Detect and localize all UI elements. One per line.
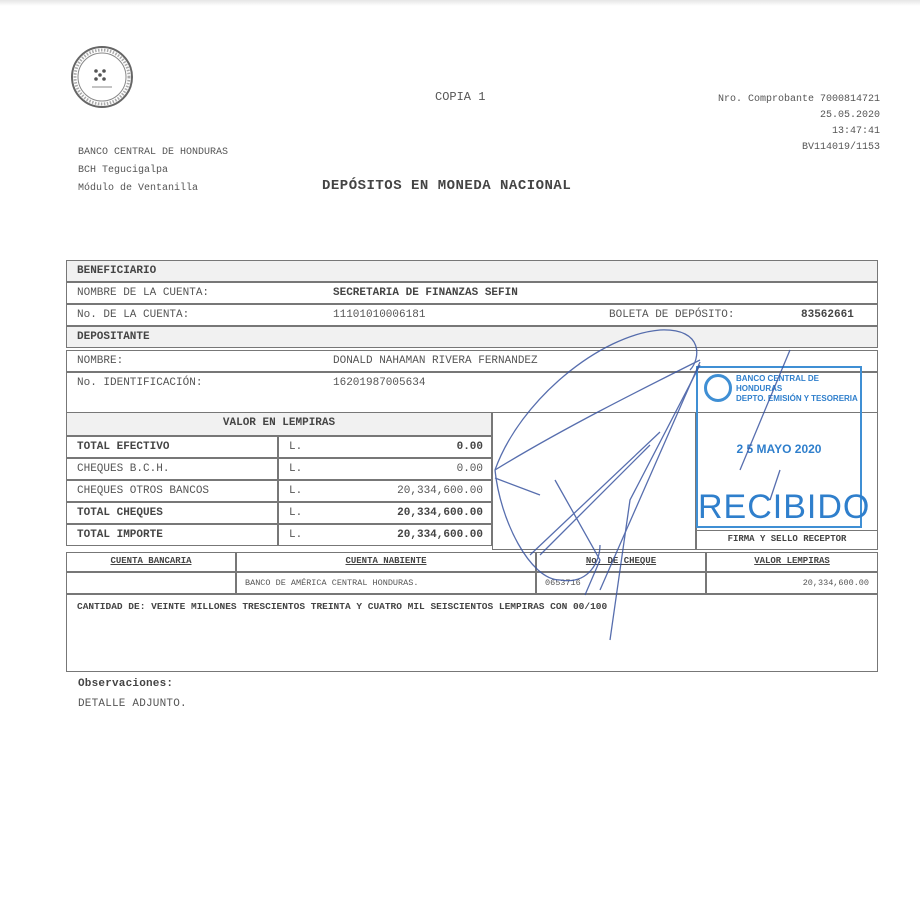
field-label: No. DE LA CUENTA: — [77, 309, 189, 321]
currency-symbol: L. — [289, 529, 302, 541]
bank-module: Módulo de Ventanilla — [78, 180, 228, 198]
cheque-cell — [66, 572, 236, 594]
values-row-label-cell: TOTAL EFECTIVO — [66, 436, 278, 458]
observaciones-label: Observaciones: — [78, 678, 173, 690]
cheque-column-header: CUENTA BANCARIA — [66, 552, 236, 572]
values-row-amount-cell: L.20,334,600.00 — [278, 524, 492, 546]
values-row-label: CHEQUES OTROS BANCOS — [77, 485, 209, 497]
receipt-number-label: Nro. Comprobante — [718, 94, 814, 105]
account-name-row: NOMBRE DE LA CUENTA: SECRETARIA DE FINAN… — [66, 282, 878, 304]
values-row-amount-cell: L.20,334,600.00 — [278, 480, 492, 502]
signature-area — [492, 412, 696, 550]
currency-symbol: L. — [289, 441, 302, 453]
values-row-amount: 0.00 — [457, 463, 483, 475]
values-row-amount: 20,334,600.00 — [397, 507, 483, 519]
cheque-column-label: CUENTA BANCARIA — [67, 556, 235, 566]
cheque-column-label: CUENTA NABIENTE — [237, 556, 535, 566]
deposit-slip-number: 83562661 — [801, 309, 854, 321]
cheque-valor: 20,334,600.00 — [803, 578, 869, 588]
cheque-cuenta-nabiente: BANCO DE AMÉRICA CENTRAL HONDURAS. — [245, 578, 418, 588]
values-row-label: TOTAL IMPORTE — [77, 529, 163, 541]
section-label: BENEFICIARIO — [77, 265, 156, 277]
receipt-number-line: Nro. Comprobante 7000814721 — [718, 92, 880, 108]
field-label: NOMBRE DE LA CUENTA: — [77, 287, 209, 299]
stamp-header: BANCO CENTRAL DE HONDURAS DEPTO. EMISIÓN… — [736, 374, 860, 404]
account-name: SECRETARIA DE FINANZAS SEFIN — [333, 287, 518, 299]
copy-label: COPIA 1 — [435, 90, 485, 104]
receipt-date: 25.05.2020 — [718, 108, 880, 124]
values-row-label-cell: CHEQUES B.C.H. — [66, 458, 278, 480]
receipt-number: 7000814721 — [820, 94, 880, 105]
receipt-meta: Nro. Comprobante 7000814721 25.05.2020 1… — [718, 92, 880, 156]
stamp-caption: FIRMA Y SELLO RECEPTOR — [697, 534, 877, 544]
cheque-cell: 20,334,600.00 — [706, 572, 878, 594]
values-row-label-cell: TOTAL CHEQUES — [66, 502, 278, 524]
values-row-amount-cell: L.0.00 — [278, 458, 492, 480]
values-row-amount: 20,334,600.00 — [397, 485, 483, 497]
bank-info: BANCO CENTRAL DE HONDURAS BCH Tegucigalp… — [78, 144, 228, 198]
bank-branch: BCH Tegucigalpa — [78, 162, 228, 180]
stamp-header-line2: DEPTO. EMISIÓN Y TESORERIA — [736, 394, 860, 404]
values-header-label: VALOR EN LEMPIRAS — [67, 417, 491, 429]
bank-name: BANCO CENTRAL DE HONDURAS — [78, 144, 228, 162]
beneficiario-header: BENEFICIARIO — [66, 260, 878, 282]
deposit-slip-label: BOLETA DE DEPÓSITO: — [609, 309, 734, 321]
depositor-id: 16201987005634 — [333, 377, 425, 389]
values-row-amount: 0.00 — [457, 441, 483, 453]
currency-symbol: L. — [289, 485, 302, 497]
cheque-column-header: CUENTA NABIENTE — [236, 552, 536, 572]
stamp-header-line1: BANCO CENTRAL DE HONDURAS — [736, 374, 860, 394]
cheque-column-label: No. DE CHEQUE — [537, 556, 705, 566]
values-row-label: CHEQUES B.C.H. — [77, 463, 169, 475]
deposit-receipt-page: COPIA 1 Nro. Comprobante 7000814721 25.0… — [0, 0, 920, 900]
bank-seal-icon — [70, 45, 134, 109]
stamp-caption-cell: FIRMA Y SELLO RECEPTOR — [696, 530, 878, 550]
currency-symbol: L. — [289, 507, 302, 519]
currency-symbol: L. — [289, 463, 302, 475]
values-row-label-cell: TOTAL IMPORTE — [66, 524, 278, 546]
cheque-column-header: VALOR LEMPIRAS — [706, 552, 878, 572]
stamp-status: RECIBIDO — [698, 490, 860, 524]
values-header: VALOR EN LEMPIRAS — [66, 412, 492, 436]
amount-in-words: CANTIDAD DE: VEINTE MILLONES TRESCIENTOS… — [77, 601, 607, 612]
values-row-amount: 20,334,600.00 — [397, 529, 483, 541]
cheque-column-header: No. DE CHEQUE — [536, 552, 706, 572]
values-row-label: TOTAL CHEQUES — [77, 507, 163, 519]
cheque-cheque: 0653716 — [545, 578, 581, 588]
cheque-cell: 0653716 — [536, 572, 706, 594]
receipt-time: 13:47:41 — [718, 124, 880, 140]
values-row-amount-cell: L.20,334,600.00 — [278, 502, 492, 524]
document-title: DEPÓSITOS EN MONEDA NACIONAL — [322, 178, 571, 194]
depositor-name: DONALD NAHAMAN RIVERA FERNANDEZ — [333, 355, 538, 367]
scan-edge — [0, 0, 920, 6]
account-number-row: No. DE LA CUENTA: 11101010006181 BOLETA … — [66, 304, 878, 326]
received-stamp: BANCO CENTRAL DE HONDURAS DEPTO. EMISIÓN… — [696, 366, 862, 528]
stamp-date: 2 5 MAYO 2020 — [698, 442, 860, 456]
receipt-reference: BV114019/1153 — [718, 140, 880, 156]
cheque-column-label: VALOR LEMPIRAS — [707, 556, 877, 566]
stamp-logo-icon — [704, 374, 732, 402]
cheque-cell: BANCO DE AMÉRICA CENTRAL HONDURAS. — [236, 572, 536, 594]
observaciones-text: DETALLE ADJUNTO. — [78, 698, 187, 710]
account-number: 11101010006181 — [333, 309, 425, 321]
values-row-label-cell: CHEQUES OTROS BANCOS — [66, 480, 278, 502]
field-label: NOMBRE: — [77, 355, 123, 367]
section-label: DEPOSITANTE — [77, 331, 150, 343]
values-row-amount-cell: L.0.00 — [278, 436, 492, 458]
values-row-label: TOTAL EFECTIVO — [77, 441, 169, 453]
depositante-header: DEPOSITANTE — [66, 326, 878, 348]
field-label: No. IDENTIFICACIÓN: — [77, 377, 202, 389]
amount-in-words-box: CANTIDAD DE: VEINTE MILLONES TRESCIENTOS… — [66, 594, 878, 672]
